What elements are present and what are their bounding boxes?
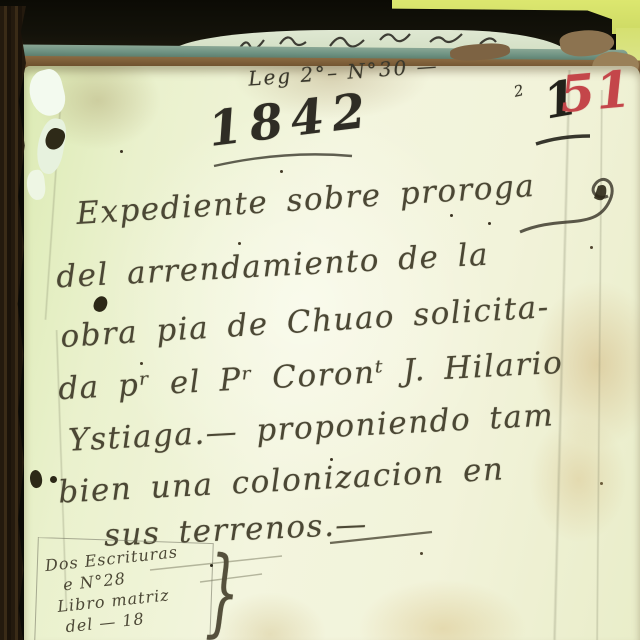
foxing-specks <box>120 150 123 153</box>
book-spine-binding <box>0 6 26 640</box>
ink-blot <box>50 476 57 483</box>
photographed-manuscript: Leg 2°– N°30 — 1842 2 1 51 Expediente so… <box>0 0 640 640</box>
folio-red-numeral: 51 <box>558 59 634 124</box>
note-brace: } <box>205 543 240 640</box>
archival-side-note: Dos Escrituras e N°28 Libro matriz del —… <box>44 541 186 638</box>
